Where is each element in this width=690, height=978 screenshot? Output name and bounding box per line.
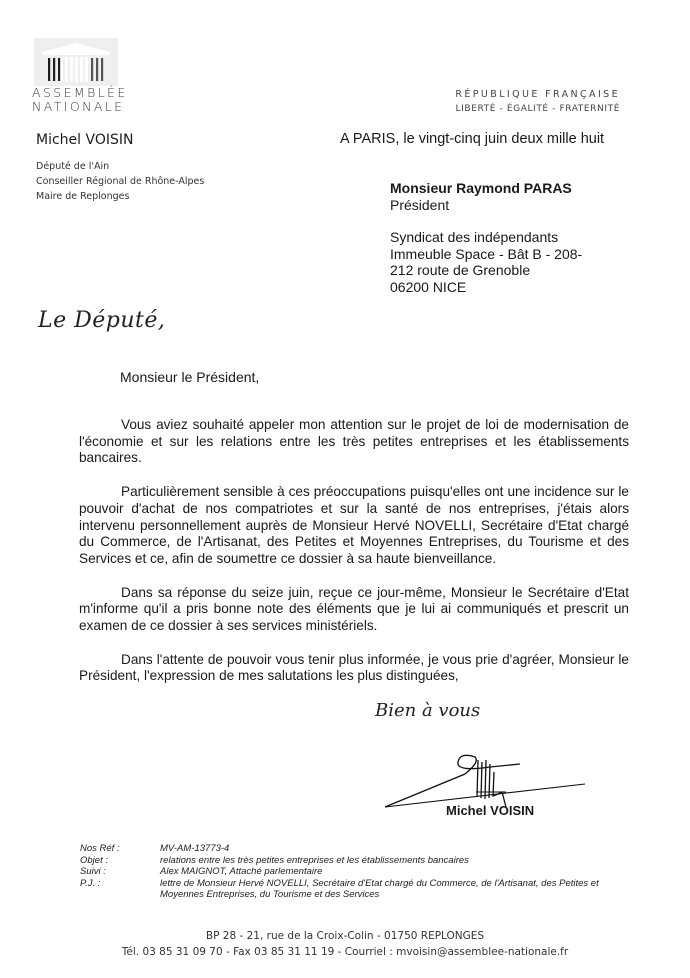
recipient-name: Monsieur Raymond PARAS: [390, 180, 582, 197]
institution-name: ASSEMBLÉE NATIONALE: [32, 86, 128, 114]
sender-titles: Député de l'Ain Conseiller Régional de R…: [36, 159, 204, 204]
reference-row: Objet : relations entre les très petites…: [80, 855, 620, 867]
body-paragraph: Vous aviez souhaité appeler mon attentio…: [79, 417, 629, 467]
recipient-address-line: Immeuble Space - Bât B - 208-: [390, 246, 582, 263]
assemblee-nationale-logo: [34, 38, 118, 86]
reference-value: relations entre les très petites entrepr…: [160, 855, 620, 867]
footer: BP 28 - 21, rue de la Croix-Colin - 0175…: [0, 928, 690, 960]
body-paragraph: Particulièrement sensible à ces préoccup…: [79, 484, 629, 568]
sender-title: Député de l'Ain: [36, 159, 204, 174]
references-block: Nos Réf : MV-AM-13773-4 Objet : relation…: [80, 843, 620, 901]
reference-label: Suivi :: [80, 866, 160, 878]
sender-title: Maire de Replonges: [36, 189, 204, 204]
reference-label: Nos Réf :: [80, 843, 160, 855]
recipient-title: Président: [390, 197, 582, 214]
body-paragraph: Dans l'attente de pouvoir vous tenir plu…: [79, 652, 629, 685]
place-date: A PARIS, le vingt-cinq juin deux mille h…: [340, 131, 604, 147]
sender-title: Conseiller Régional de Rhône-Alpes: [36, 174, 204, 189]
republic-motto: LIBERTÉ - ÉGALITÉ - FRATERNITÉ: [455, 102, 620, 116]
recipient-address-line: Syndicat des indépendants: [390, 229, 582, 246]
sender-name: Michel VOISIN: [36, 132, 133, 148]
handwritten-note: Bien à vous: [375, 700, 480, 721]
reference-row: Nos Réf : MV-AM-13773-4: [80, 843, 620, 855]
recipient-block: Monsieur Raymond PARAS Président Syndica…: [390, 180, 582, 295]
le-depute-script-heading: Le Député,: [38, 308, 165, 333]
footer-contact: Tél. 03 85 31 09 70 - Fax 03 85 31 11 19…: [0, 944, 690, 960]
reference-row: Suivi : Alex MAIGNOT, Attaché parlementa…: [80, 866, 620, 878]
assemblee-nationale-building-icon: [34, 38, 118, 86]
recipient-address-line: 06200 NICE: [390, 279, 582, 296]
republic-header: RÉPUBLIQUE FRANÇAISE LIBERTÉ - ÉGALITÉ -…: [455, 88, 620, 116]
institution-line-2: NATIONALE: [32, 100, 128, 114]
republic-name: RÉPUBLIQUE FRANÇAISE: [455, 88, 620, 102]
footer-address: BP 28 - 21, rue de la Croix-Colin - 0175…: [0, 928, 690, 944]
recipient-address-line: 212 route de Grenoble: [390, 262, 582, 279]
salutation: Monsieur le Président,: [120, 369, 259, 385]
letter-body: Vous aviez souhaité appeler mon attentio…: [79, 417, 629, 702]
reference-value: Alex MAIGNOT, Attaché parlementaire: [160, 866, 620, 878]
reference-label: Objet :: [80, 855, 160, 867]
reference-label: P.J. :: [80, 878, 160, 901]
reference-value: MV-AM-13773-4: [160, 843, 620, 855]
institution-line-1: ASSEMBLÉE: [32, 86, 128, 100]
reference-value: lettre de Monsieur Hervé NOVELLI, Secrét…: [160, 878, 620, 901]
reference-row: P.J. : lettre de Monsieur Hervé NOVELLI,…: [80, 878, 620, 901]
body-paragraph: Dans sa réponse du seize juin, reçue ce …: [79, 585, 629, 635]
signer-name: Michel VOISIN: [446, 803, 534, 818]
